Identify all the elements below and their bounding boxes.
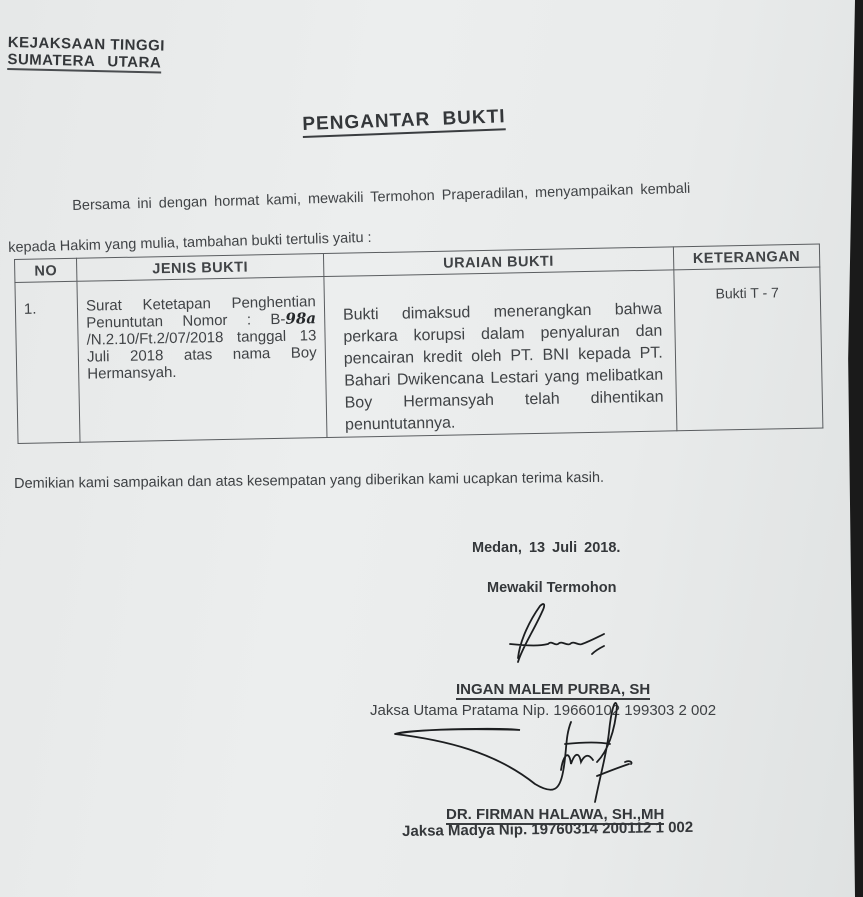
col-header-no: NO — [15, 258, 78, 282]
signature-2-icon — [385, 692, 645, 812]
signature-1-icon — [500, 600, 620, 670]
jenis-bukti-text: Surat Ketetapan Penghentian Penuntutan N… — [86, 293, 316, 331]
institution-line2: SUMATERA UTARA — [7, 51, 161, 73]
institution-header: KEJAKSAAN TINGGI SUMATERA UTARA — [7, 34, 165, 74]
col-header-keterangan: KETERANGAN — [673, 244, 820, 270]
evidence-table: NO JENIS BUKTI URAIAN BUKTI KETERANGAN 1… — [14, 244, 823, 444]
on-behalf-label: Mewakil Termohon — [487, 580, 616, 596]
cell-uraian-bukti: Bukti dimaksud menerangkan bahwa perkara… — [324, 270, 677, 438]
table-row: 1. Surat Ketetapan Penghentian Penuntuta… — [15, 267, 823, 443]
cell-jenis-bukti: Surat Ketetapan Penghentian Penuntutan N… — [77, 277, 327, 443]
jenis-bukti-text-cont: /N.2.10/Ft.2/07/2018 tanggal 13 Juli 201… — [87, 327, 317, 382]
cell-no: 1. — [15, 281, 80, 443]
place-date: Medan, 13 Juli 2018. — [472, 540, 620, 556]
cell-keterangan: Bukti T - 7 — [674, 267, 823, 431]
handwritten-number: 98a — [285, 309, 316, 328]
